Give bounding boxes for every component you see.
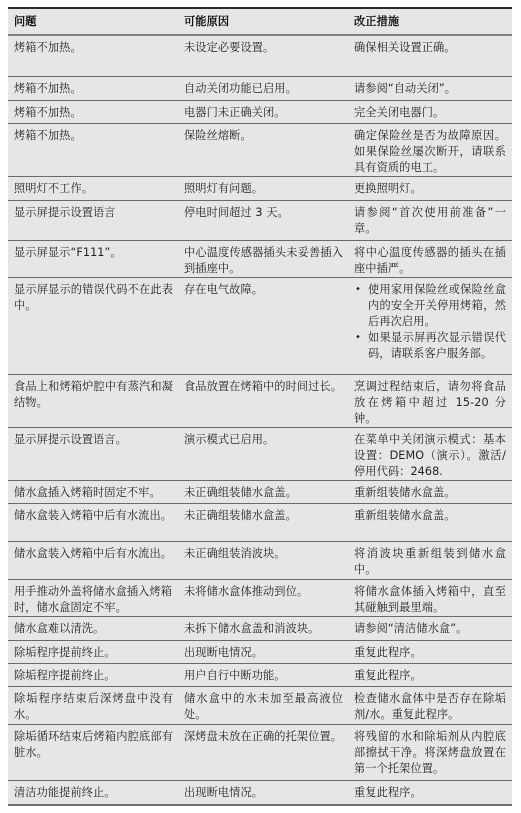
cause-cell: 中心温度传感器插头未妥善插入到插座中。 bbox=[178, 241, 348, 277]
cause-cell: 食品放置在烤箱中的时间过长。 bbox=[178, 375, 348, 427]
cause-cell: 未将储水盒体推动到位。 bbox=[178, 580, 348, 616]
problem-cell: 除垢程序提前终止。 bbox=[8, 641, 178, 663]
table-row: 显示屏显示的错误代码不在此表中。 存在电气故障。 • 使用家用保险丝或保险丝盒内… bbox=[8, 277, 512, 374]
table-row: 储水盒难以清洗。 未拆下储水盒盖和消波块。 请参阅“清洁储水盒”。 bbox=[8, 616, 512, 640]
table-row: 显示屏显示“F111”。 中心温度传感器插头未妥善插入到插座中。 将中心温度传感… bbox=[8, 240, 512, 277]
problem-cell: 照明灯不工作。 bbox=[8, 177, 178, 200]
table-row: 烤箱不加热。 自动关闭功能已启用。 请参阅“自动关闭”。 bbox=[8, 76, 512, 100]
problem-cell: 显示屏显示“F111”。 bbox=[8, 241, 178, 277]
cause-cell: 保险丝熔断。 bbox=[178, 124, 348, 176]
bullet-icon: • bbox=[355, 282, 361, 298]
remedy-bullet-item: • 使用家用保险丝或保险丝盒内的安全开关停用烤箱，然后再次启用。 bbox=[354, 282, 506, 330]
troubleshooting-table: 问题 可能原因 改正措施 烤箱不加热。 未设定必要设置。 确保相关设置正确。 烤… bbox=[8, 7, 512, 806]
table-row: 食品上和烤箱炉腔中有蒸汽和凝结物。 食品放置在烤箱中的时间过长。 烹调过程结束后… bbox=[8, 374, 512, 427]
remedy-cell: • 使用家用保险丝或保险丝盒内的安全开关停用烤箱，然后再次启用。 • 如果显示屏… bbox=[348, 278, 512, 374]
table-row: 储水盒插入烤箱时固定不牢。 未正确组装储水盒盖。 重新组装储水盒盖。 bbox=[8, 480, 512, 503]
cause-cell: 停电时间超过 3 天。 bbox=[178, 201, 348, 240]
remedy-cell: 将消波块重新组装到储水盒中。 bbox=[348, 542, 512, 579]
table-row: 清洁功能提前终止。 出现断电情况。 重复此程序。 bbox=[8, 780, 512, 804]
problem-cell: 食品上和烤箱炉腔中有蒸汽和凝结物。 bbox=[8, 375, 178, 427]
bullet-text: 如果显示屏再次显示错误代码，请联系客户服务部。 bbox=[368, 331, 506, 360]
cause-cell: 未设定必要设置。 bbox=[178, 36, 348, 76]
problem-cell: 储水盒装入烤箱中后有水流出。 bbox=[8, 542, 178, 579]
problem-cell: 烤箱不加热。 bbox=[8, 124, 178, 176]
table-row: 储水盒装入烤箱中后有水流出。 未正确组装储水盒盖。 重新组装储水盒盖。 bbox=[8, 503, 512, 541]
problem-cell: 烤箱不加热。 bbox=[8, 36, 178, 76]
cause-cell: 深烤盘未放在正确的托架位置。 bbox=[178, 725, 348, 780]
remedy-cell: 更换照明灯。 bbox=[348, 177, 512, 200]
remedy-cell: 确保相关设置正确。 bbox=[348, 36, 512, 76]
bullet-icon: • bbox=[355, 330, 361, 346]
problem-cell: 烤箱不加热。 bbox=[8, 101, 178, 123]
cause-cell: 照明灯有问题。 bbox=[178, 177, 348, 200]
remedy-cell: 请参阅“自动关闭”。 bbox=[348, 77, 512, 100]
problem-cell: 除垢程序提前终止。 bbox=[8, 664, 178, 686]
problem-cell: 清洁功能提前终止。 bbox=[8, 781, 178, 804]
column-header-problem: 问题 bbox=[8, 9, 178, 34]
problem-cell: 储水盒插入烤箱时固定不牢。 bbox=[8, 481, 178, 503]
cause-cell: 用户自行中断功能。 bbox=[178, 664, 348, 686]
table-row: 除垢程序结束后深烤盘中没有水。 储水盒中的水未加至最高液位处。 检查储水盒体中是… bbox=[8, 686, 512, 724]
cause-cell: 出现断电情况。 bbox=[178, 641, 348, 663]
remedy-cell: 重复此程序。 bbox=[348, 641, 512, 663]
remedy-cell: 重新组装储水盒盖。 bbox=[348, 481, 512, 503]
problem-cell: 显示屏显示的错误代码不在此表中。 bbox=[8, 278, 178, 374]
cause-cell: 未正确组装储水盒盖。 bbox=[178, 481, 348, 503]
table-row: 显示屏提示设置语言 停电时间超过 3 天。 请参阅“首次使用前准备”一章。 bbox=[8, 200, 512, 240]
remedy-cell: 请参阅“首次使用前准备”一章。 bbox=[348, 201, 512, 240]
cause-cell: 电器门未正确关闭。 bbox=[178, 101, 348, 123]
remedy-cell: 重新组装储水盒盖。 bbox=[348, 504, 512, 541]
problem-cell: 用手推动外盖将储水盒插入烤箱时，储水盒固定不牢。 bbox=[8, 580, 178, 616]
table-row: 用手推动外盖将储水盒插入烤箱时，储水盒固定不牢。 未将储水盒体推动到位。 将储水… bbox=[8, 579, 512, 616]
bullet-text: 使用家用保险丝或保险丝盒内的安全开关停用烤箱，然后再次启用。 bbox=[368, 283, 506, 328]
remedy-cell: 完全关闭电器门。 bbox=[348, 101, 512, 123]
problem-cell: 显示屏提示设置语言。 bbox=[8, 428, 178, 480]
remedy-cell: 重复此程序。 bbox=[348, 664, 512, 686]
table-row: 除垢程序提前终止。 出现断电情况。 重复此程序。 bbox=[8, 640, 512, 663]
cause-cell: 储水盒中的水未加至最高液位处。 bbox=[178, 687, 348, 724]
table-row: 烤箱不加热。 电器门未正确关闭。 完全关闭电器门。 bbox=[8, 100, 512, 123]
table-row: 除垢程序提前终止。 用户自行中断功能。 重复此程序。 bbox=[8, 663, 512, 686]
cause-cell: 未拆下储水盒盖和消波块。 bbox=[178, 617, 348, 640]
cause-cell: 未正确组装储水盒盖。 bbox=[178, 504, 348, 541]
remedy-cell: 在菜单中关闭演示模式：基本设置：DEMO（演示）。激活/停用代码：2468. bbox=[348, 428, 512, 480]
remedy-cell: 请参阅“清洁储水盒”。 bbox=[348, 617, 512, 640]
table-row: 除垢循环结束后烤箱内腔底部有脏水。 深烤盘未放在正确的托架位置。 将残留的水和除… bbox=[8, 724, 512, 780]
remedy-cell: 将储水盒体插入烤箱中，直至其碰触到最里端。 bbox=[348, 580, 512, 616]
problem-cell: 显示屏提示设置语言 bbox=[8, 201, 178, 240]
cause-cell: 自动关闭功能已启用。 bbox=[178, 77, 348, 100]
remedy-cell: 重复此程序。 bbox=[348, 781, 512, 804]
cause-cell: 演示模式已启用。 bbox=[178, 428, 348, 480]
remedy-cell: 确定保险丝是否为故障原因。如果保险丝屡次断开，请联系具有资质的电工。 bbox=[348, 124, 512, 176]
table-row: 烤箱不加热。 保险丝熔断。 确定保险丝是否为故障原因。如果保险丝屡次断开，请联系… bbox=[8, 123, 512, 176]
table-row: 储水盒装入烤箱中后有水流出。 未正确组装消波块。 将消波块重新组装到储水盒中。 bbox=[8, 541, 512, 579]
column-header-remedy: 改正措施 bbox=[348, 9, 512, 34]
problem-cell: 烤箱不加热。 bbox=[8, 77, 178, 100]
remedy-bullet-list: • 使用家用保险丝或保险丝盒内的安全开关停用烤箱，然后再次启用。 • 如果显示屏… bbox=[354, 282, 506, 362]
cause-cell: 存在电气故障。 bbox=[178, 278, 348, 374]
remedy-bullet-item: • 如果显示屏再次显示错误代码，请联系客户服务部。 bbox=[354, 330, 506, 362]
table-row: 显示屏提示设置语言。 演示模式已启用。 在菜单中关闭演示模式：基本设置：DEMO… bbox=[8, 427, 512, 480]
column-header-cause: 可能原因 bbox=[178, 9, 348, 34]
problem-cell: 除垢程序结束后深烤盘中没有水。 bbox=[8, 687, 178, 724]
cause-cell: 未正确组装消波块。 bbox=[178, 542, 348, 579]
problem-cell: 储水盒难以清洗。 bbox=[8, 617, 178, 640]
problem-cell: 储水盒装入烤箱中后有水流出。 bbox=[8, 504, 178, 541]
remedy-cell: 将中心温度传感器的插头在插座中插严。 bbox=[348, 241, 512, 277]
remedy-cell: 烹调过程结束后，请勿将食品放在烤箱中超过 15-20 分钟。 bbox=[348, 375, 512, 427]
cause-cell: 出现断电情况。 bbox=[178, 781, 348, 804]
table-row: 烤箱不加热。 未设定必要设置。 确保相关设置正确。 bbox=[8, 36, 512, 76]
remedy-cell: 将残留的水和除垢剂从内腔底部擦拭干净。将深烤盘放置在第一个托架位置。 bbox=[348, 725, 512, 780]
table-row: 照明灯不工作。 照明灯有问题。 更换照明灯。 bbox=[8, 176, 512, 200]
remedy-cell: 检查储水盒体中是否存在除垢剂/水。重复此程序。 bbox=[348, 687, 512, 724]
table-header-row: 问题 可能原因 改正措施 bbox=[8, 9, 512, 36]
problem-cell: 除垢循环结束后烤箱内腔底部有脏水。 bbox=[8, 725, 178, 780]
